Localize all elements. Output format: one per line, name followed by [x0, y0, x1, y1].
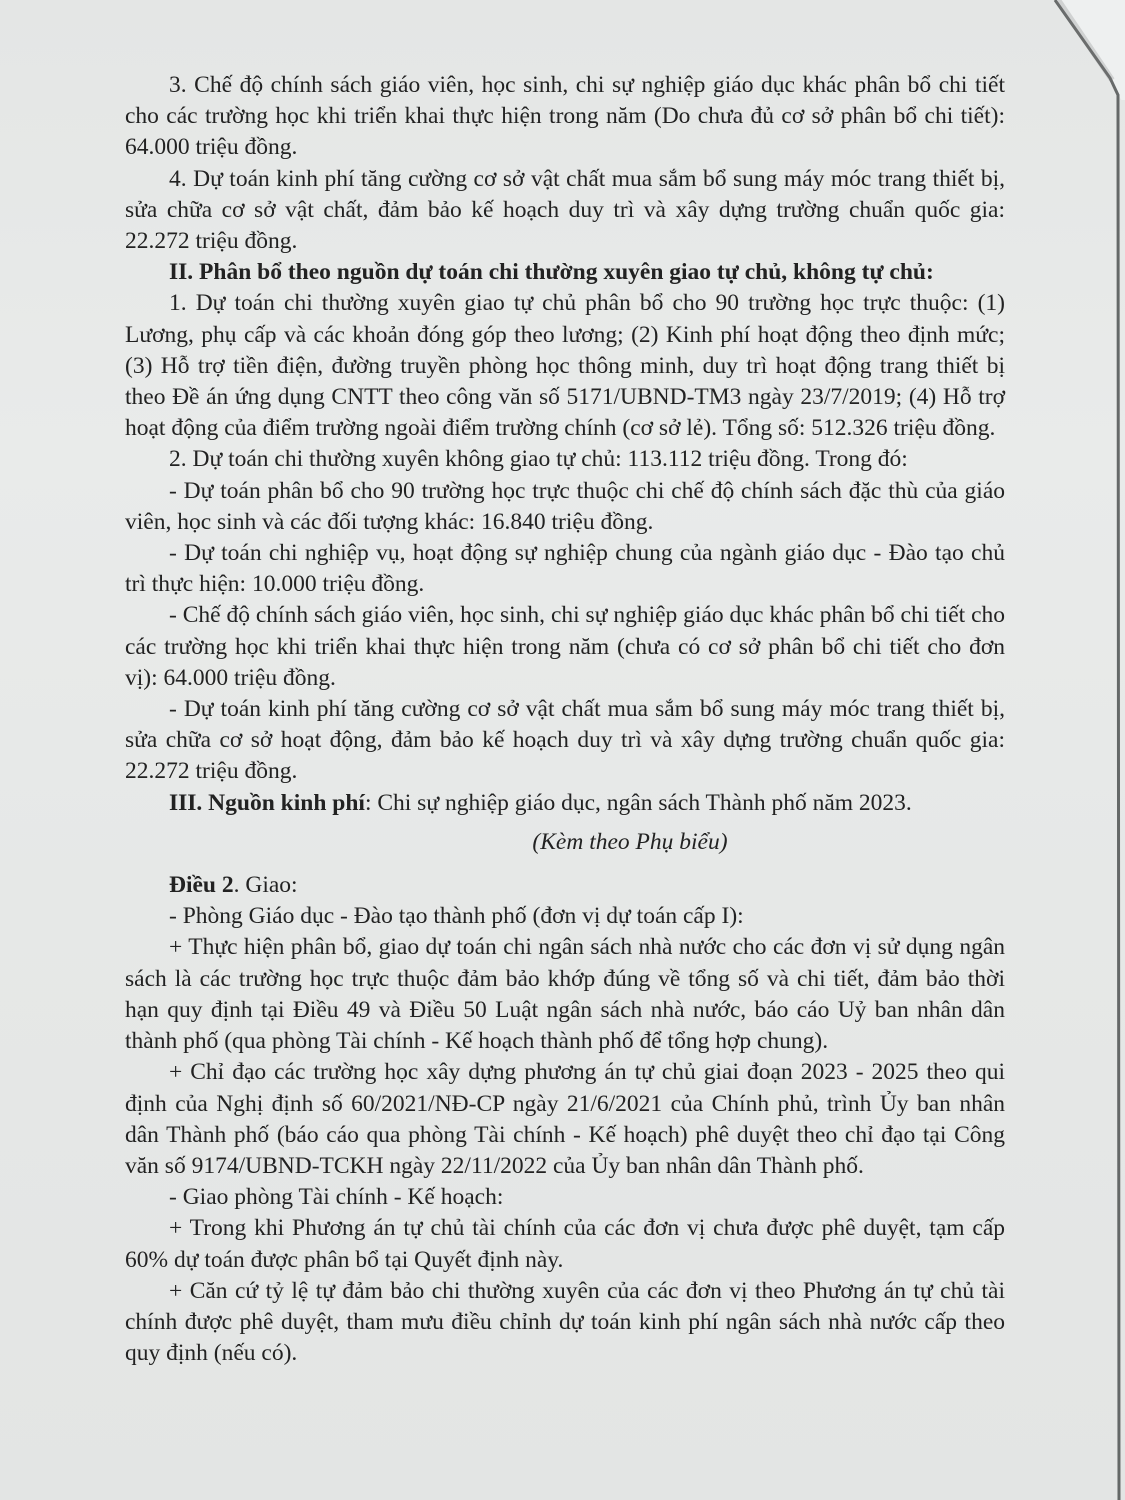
section-3-text: : Chi sự nghiệp giáo dục, ngân sách Thàn…: [365, 790, 912, 816]
paragraph-finance-dept: - Giao phòng Tài chính - Kế hoạch:: [125, 1182, 1005, 1213]
paragraph-2-2-b: - Dự toán chi nghiệp vụ, hoạt động sự ng…: [125, 538, 1005, 600]
paragraph-2-1: 1. Dự toán chi thường xuyên giao tự chủ …: [125, 288, 1005, 444]
document-page: 3. Chế độ chính sách giáo viên, học sinh…: [0, 0, 1125, 1500]
paragraph-finance-task-2: + Căn cứ tỷ lệ tự đảm bảo chi thường xuy…: [125, 1276, 1005, 1370]
section-3-heading: III. Nguồn kinh phí: [169, 790, 365, 816]
paragraph-2-2: 2. Dự toán chi thường xuyên không giao t…: [125, 444, 1005, 475]
paragraph-item-3: 3. Chế độ chính sách giáo viên, học sinh…: [125, 70, 1005, 164]
paragraph-education-task-2: + Chỉ đạo các trường học xây dựng phương…: [125, 1057, 1005, 1182]
article-2-heading: Điều 2: [169, 872, 234, 898]
paragraph-2-2-a: - Dự toán phân bổ cho 90 trường học trực…: [125, 476, 1005, 538]
document-body: 3. Chế độ chính sách giáo viên, học sinh…: [125, 70, 1005, 1369]
paragraph-education-task-1: + Thực hiện phân bổ, giao dự toán chi ng…: [125, 932, 1005, 1057]
paragraph-finance-task-1: + Trong khi Phương án tự chủ tài chính c…: [125, 1213, 1005, 1275]
paragraph-education-dept: - Phòng Giáo dục - Đào tạo thành phố (đơ…: [125, 901, 1005, 932]
attachment-note: (Kèm theo Phụ biểu): [125, 827, 1005, 858]
section-2-heading: II. Phân bổ theo nguồn dự toán chi thườn…: [125, 257, 1005, 288]
folded-corner: [1055, 0, 1125, 100]
paragraph-2-2-c: - Chế độ chính sách giáo viên, học sinh,…: [125, 600, 1005, 694]
article-2-text: . Giao:: [234, 872, 298, 898]
section-3: III. Nguồn kinh phí: Chi sự nghiệp giáo …: [125, 788, 1005, 819]
paragraph-item-4: 4. Dự toán kinh phí tăng cường cơ sở vật…: [125, 164, 1005, 258]
article-2: Điều 2. Giao:: [125, 870, 1005, 901]
paragraph-2-2-d: - Dự toán kinh phí tăng cường cơ sở vật …: [125, 694, 1005, 788]
